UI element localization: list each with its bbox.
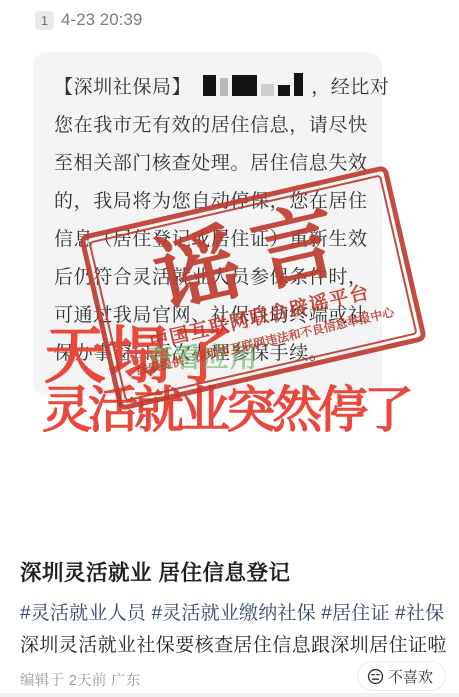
sms-line1-text: ，经比对: [311, 77, 389, 98]
post-image[interactable]: 【深圳社保局】，经比对 您在我市无有效的居住信息，请尽快 至相关部门核查处理。居…: [0, 40, 459, 480]
post-header: 1 4-23 20:39: [35, 10, 142, 30]
sms-line: 您在我市无有效的居住信息，请尽快: [54, 107, 382, 145]
redacted-text: [203, 73, 303, 96]
section-divider: [0, 693, 459, 697]
post-body-text: 深圳灵活就业社保要核查居住信息跟深圳居住证啦: [20, 630, 447, 657]
post-title: 深圳灵活就业 居住信息登记: [20, 556, 290, 587]
dislike-label: 不喜欢: [388, 666, 433, 687]
sms-sender: 【深圳社保局】: [54, 77, 191, 98]
post-timestamp: 4-23 20:39: [61, 10, 142, 30]
image-count-badge: 1: [35, 11, 54, 30]
post-screen: 1 4-23 20:39 【深圳社保局】，经比对 您在我市无有效的居住信息，请尽…: [0, 0, 459, 697]
sms-line: 【深圳社保局】，经比对: [54, 69, 382, 107]
dislike-button[interactable]: 不喜欢: [357, 661, 446, 691]
edit-info: 编辑于 2天前 广东: [20, 669, 141, 690]
expressionless-face-icon: [367, 668, 384, 685]
post-hashtags[interactable]: #灵活就业人员 #灵活就业缴纳社保 #居住证 #社保: [20, 598, 444, 625]
